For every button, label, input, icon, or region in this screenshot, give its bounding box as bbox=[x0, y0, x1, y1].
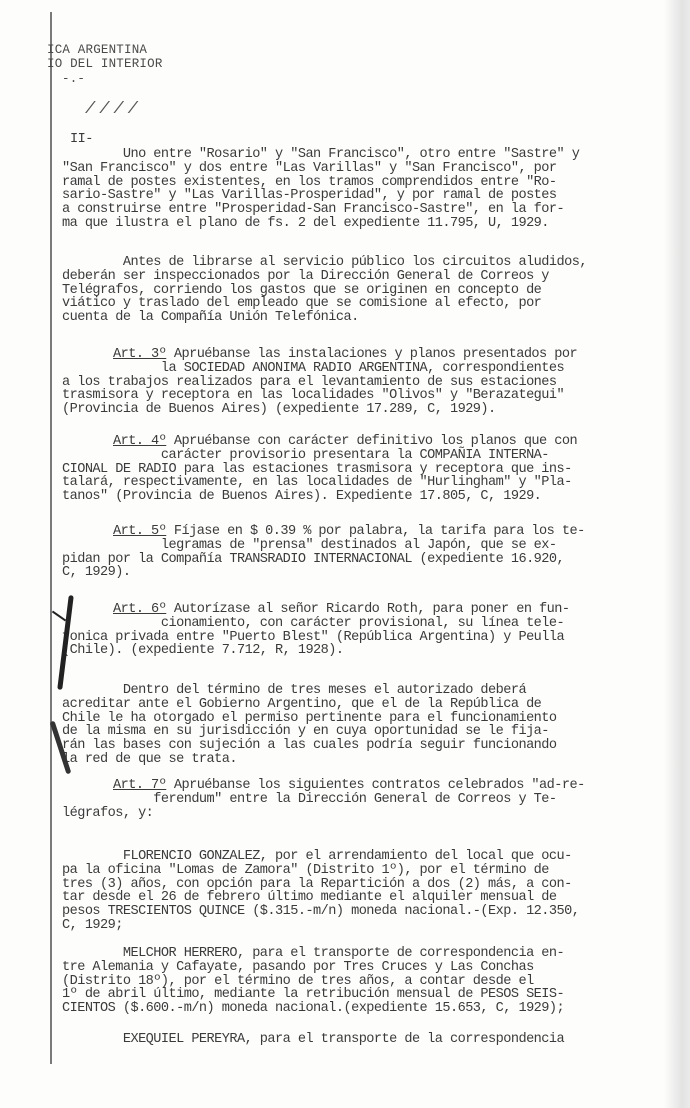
article-3-line: trasmisora y receptora en las localidade… bbox=[62, 389, 682, 403]
article-label: Art. 4º bbox=[113, 434, 166, 449]
paragraph-line: Uno entre "Rosario" y "San Francisco", o… bbox=[62, 148, 682, 162]
contract-line: FLORENCIO GONZALEZ, por el arrendamiento… bbox=[62, 850, 682, 864]
article-text: Apruébanse los siguientes contratos cele… bbox=[166, 778, 584, 793]
contract-line: EXEQUIEL PEREYRA, para el transporte de … bbox=[62, 1033, 682, 1047]
article-6-line: fonica privada entre "Puerto Blest" (Rep… bbox=[62, 631, 682, 645]
contract-line: MELCHOR HERRERO, para el transporte de c… bbox=[62, 947, 682, 961]
paragraph-line: ramal de postes existentes, en los tramo… bbox=[62, 176, 682, 190]
contract-line: pesos TRESCIENTOS QUINCE ($.315.-m/n) mo… bbox=[62, 905, 682, 919]
article-5-line: legramas de "prensa" destinados al Japón… bbox=[62, 539, 682, 553]
letterhead-separator: -.- bbox=[62, 73, 682, 86]
paragraph-line: a construirse entre "Prosperidad-San Fra… bbox=[62, 203, 682, 217]
paragraph-line: Dentro del término de tres meses el auto… bbox=[62, 684, 682, 698]
article-5-first-line: Art. 5º Fíjase en $ 0.39 % por palabra, … bbox=[113, 525, 690, 539]
article-5-line: pidan por la Compañía TRANSRADIO INTERNA… bbox=[62, 553, 682, 567]
contract-line: pa la oficina "Lomas de Zamora" (Distrit… bbox=[62, 864, 682, 878]
contract-line: tar desde el 26 de febrero último median… bbox=[62, 891, 682, 905]
paragraph-line: rán las bases con sujeción a las cuales … bbox=[62, 739, 682, 753]
article-5-line: C, 1929). bbox=[62, 566, 682, 580]
contract-line: tre Alemania y Cafayate, pasando por Tre… bbox=[62, 961, 682, 975]
article-text: Autorízase al señor Ricardo Roth, para p… bbox=[166, 602, 569, 617]
paragraph-line: Chile le ha otorgado el permiso pertinen… bbox=[62, 712, 682, 726]
article-4-line: tanos" (Provincia de Buenos Aires). Expe… bbox=[62, 490, 682, 504]
paragraph-line: la red de que se trata. bbox=[62, 753, 682, 767]
article-text: Apruébanse las instalaciones y planos pr… bbox=[166, 347, 577, 362]
paragraph-line: sario-Sastre" y "Las Varillas-Prosperida… bbox=[62, 189, 682, 203]
article-7-line: légrafos, y: bbox=[62, 807, 682, 821]
article-text: Apruébanse con carácter definitivo los p… bbox=[166, 434, 577, 449]
article-text: Fíjase en $ 0.39 % por palabra, la tarif… bbox=[166, 524, 584, 539]
article-label: Art. 7º bbox=[113, 778, 166, 793]
article-label: Art. 3º bbox=[113, 347, 166, 362]
contract-line: CIENTOS ($.600.-m/n) moneda nacional.(ex… bbox=[62, 1002, 682, 1016]
article-3-line: la SOCIEDAD ANONIMA RADIO ARGENTINA, cor… bbox=[62, 362, 682, 376]
letterhead-line-2: IO DEL INTERIOR bbox=[47, 58, 667, 71]
paragraph-line: acreditar ante el Gobierno Argentino, qu… bbox=[62, 698, 682, 712]
article-6-line: (Chile). (expediente 7.712, R, 1928). bbox=[62, 644, 682, 658]
article-6-line: cionamiento, con carácter provisional, s… bbox=[62, 617, 682, 631]
article-6-first-line: Art. 6º Autorízase al señor Ricardo Roth… bbox=[113, 603, 690, 617]
section-label: II- bbox=[70, 133, 690, 147]
contract-line: tres (3) años, con opción para la Repart… bbox=[62, 878, 682, 892]
paragraph-line: ma que ilustra el plano de fs. 2 del exp… bbox=[62, 217, 682, 231]
article-7-line: ferendum" entre la Dirección General de … bbox=[62, 793, 682, 807]
article-4-line: talará, respectivamente, en las localida… bbox=[62, 476, 682, 490]
article-3-line: (Provincia de Buenos Aires) (expediente … bbox=[62, 403, 682, 417]
article-label: Art. 5º bbox=[113, 524, 166, 539]
paragraph-line: Telégrafos, corriendo los gastos que se … bbox=[62, 284, 682, 298]
article-7-first-line: Art. 7º Apruébanse los siguientes contra… bbox=[113, 779, 690, 793]
article-4-line: CIONAL DE RADIO para las estaciones tras… bbox=[62, 463, 682, 477]
paragraph-line: "San Francisco" y dos entre "Las Varilla… bbox=[62, 162, 682, 176]
margin-rule bbox=[50, 12, 52, 1064]
contract-line: C, 1929; bbox=[62, 919, 682, 933]
article-4-first-line: Art. 4º Apruébanse con carácter definiti… bbox=[113, 435, 690, 449]
article-3-line: a los trabajos realizados para el levant… bbox=[62, 376, 682, 390]
slash-marker: //// bbox=[85, 100, 142, 119]
paragraph-line: Antes de librarse al servicio público lo… bbox=[62, 256, 682, 270]
document-page: ICA ARGENTINA IO DEL INTERIOR -.- //// I… bbox=[0, 0, 690, 1108]
article-4-line: carácter provisorio presentara la COMPAÑ… bbox=[62, 449, 682, 463]
article-3-first-line: Art. 3º Apruébanse las instalaciones y p… bbox=[113, 348, 690, 362]
paragraph-line: cuenta de la Compañía Unión Telefónica. bbox=[62, 311, 682, 325]
paragraph-line: de la misma en su jurisdicción y en cuya… bbox=[62, 725, 682, 739]
paragraph-line: viático y traslado del empleado que se c… bbox=[62, 297, 682, 311]
letterhead-line-1: ICA ARGENTINA bbox=[47, 44, 667, 57]
article-label: Art. 6º bbox=[113, 602, 166, 617]
paragraph-line: deberán ser inspeccionados por la Direcc… bbox=[62, 270, 682, 284]
contract-line: 1º de abril último, mediante la retribuc… bbox=[62, 988, 682, 1002]
